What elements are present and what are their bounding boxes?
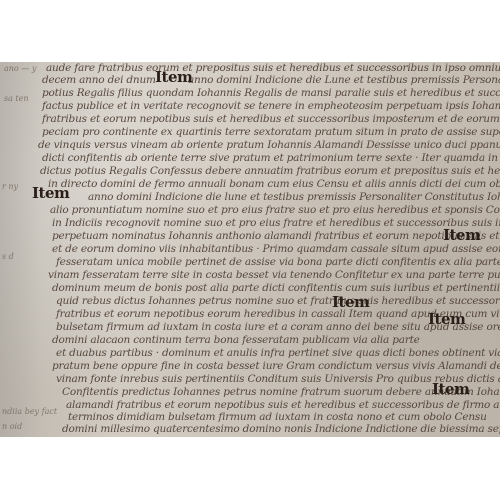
manuscript-line: vinam fesseratam terre site in costa bes… xyxy=(48,269,500,281)
manuscript-line: peciam pro continente ex quartinis terre… xyxy=(42,126,500,138)
manuscript-line: dominum meum de bonis post alia parte di… xyxy=(52,282,500,294)
manuscript-line: et duabus partibus · dominum et anulis i… xyxy=(56,347,500,359)
top-white-band xyxy=(0,0,500,62)
item-rubric: Item xyxy=(443,226,480,244)
manuscript-line: in Indiciis recognovit nomine suo et pro… xyxy=(52,217,500,229)
item-rubric: Item xyxy=(32,184,69,202)
manuscript-line: fesseratam unica mobile pertinet de assi… xyxy=(56,256,500,268)
manuscript-line: quid rebus dictus Iohannes petrus nomine… xyxy=(56,295,500,307)
manuscript-line: dictus potius Regalis Confessus debere a… xyxy=(40,165,500,177)
manuscript-line: aude fare fratribus eorum et prepositus … xyxy=(46,62,500,74)
manuscript-line: alamandi fratribus et eorum nepotibus su… xyxy=(66,399,500,411)
manuscript-line: perpetuam nominatus Iohannis anthonio al… xyxy=(52,230,500,242)
manuscript-line: factus publice et in veritate recognovit… xyxy=(42,100,500,112)
item-rubric: Item xyxy=(332,293,369,311)
item-rubric: Item xyxy=(155,68,192,86)
margin-note: ndiia bey fact xyxy=(2,407,57,416)
manuscript-line: potius Regalis filius quondam Iohannis R… xyxy=(42,87,500,99)
margin-note: n oid xyxy=(2,422,22,431)
manuscript-line: anno domini Indicione die Lune et testib… xyxy=(188,74,500,86)
manuscript-line: decem anno dei dnum xyxy=(42,74,156,86)
manuscript-photo: ano — ysa tenr nys dndiia bey factn oid … xyxy=(0,62,500,437)
item-rubric: Item xyxy=(428,310,465,328)
manuscript-line: et de eorum domino viis inhabitantibus ·… xyxy=(52,243,500,255)
manuscript-line: alio pronuntiatum nomine suo et pro eius… xyxy=(50,204,500,216)
bottom-white-band xyxy=(0,437,500,500)
manuscript-line: domini millesimo quatercentesimo domino … xyxy=(62,423,500,435)
manuscript-line: terminos dimidiam bulsetam firmum ad iux… xyxy=(68,411,487,423)
margin-note: r ny xyxy=(2,182,18,191)
margin-note: s d xyxy=(2,252,14,261)
manuscript-line: anno domini Indicione die lune et testib… xyxy=(88,191,500,203)
manuscript-line: pratum bene oppure fine in costa besset … xyxy=(52,360,500,372)
left-margin-area xyxy=(0,62,42,437)
margin-note: ano — y xyxy=(4,64,36,73)
manuscript-line: domini alacaon continum terra bona fesse… xyxy=(52,334,420,346)
manuscript-line: de vinquis versus vineam ab oriente prat… xyxy=(38,139,500,151)
manuscript-line: in directo domini de fermo annuali bonam… xyxy=(48,178,500,190)
margin-note: sa ten xyxy=(4,94,29,103)
item-rubric: Item xyxy=(432,380,469,398)
manuscript-line: fratribus et eorum nepotibus suis et her… xyxy=(42,113,500,125)
manuscript-line: dicti confitentis ab oriente terre sive … xyxy=(42,152,500,164)
